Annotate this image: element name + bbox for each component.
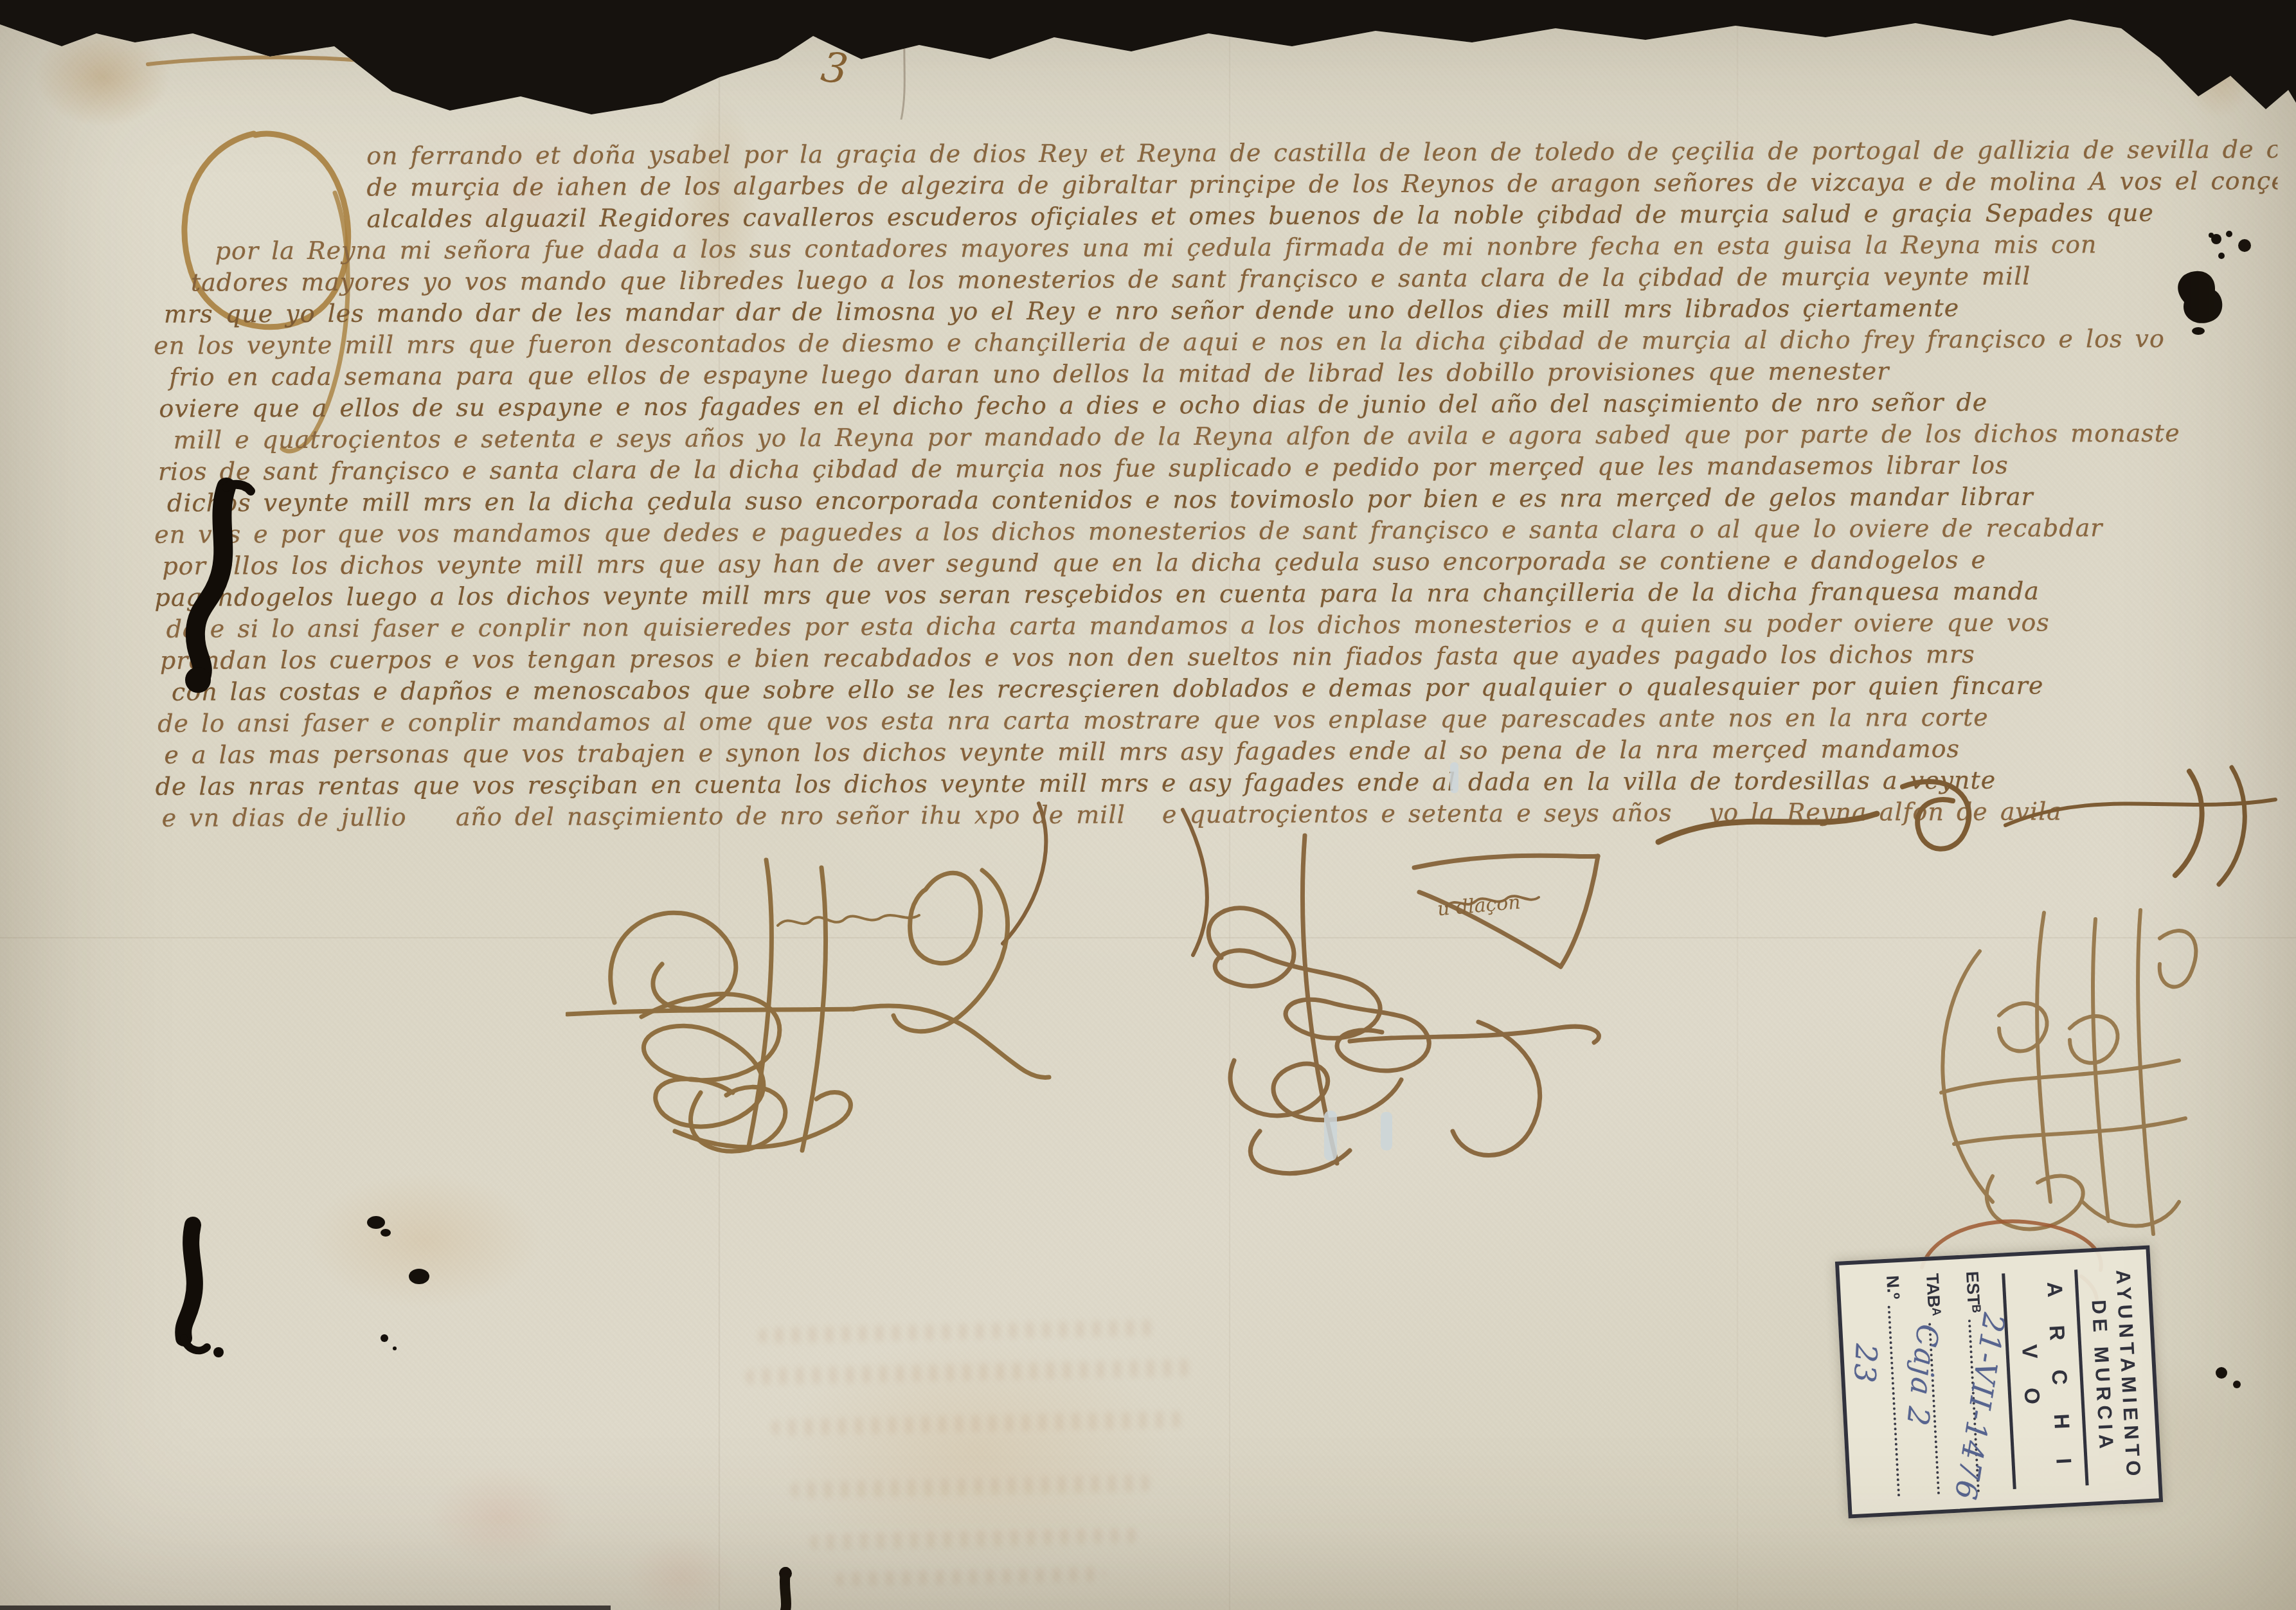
ink-dash xyxy=(2243,39,2281,46)
torn-corner-shadow xyxy=(2250,0,2296,28)
parchment-sheet: 3 on ferrando et doña ysabel por la graç… xyxy=(0,0,2296,1610)
photo-vignette xyxy=(0,0,2296,1610)
ink-speck xyxy=(900,23,905,28)
manuscript-photo: 3 on ferrando et doña ysabel por la graç… xyxy=(0,0,2296,1610)
bottom-edge-shadow xyxy=(0,1606,611,1610)
